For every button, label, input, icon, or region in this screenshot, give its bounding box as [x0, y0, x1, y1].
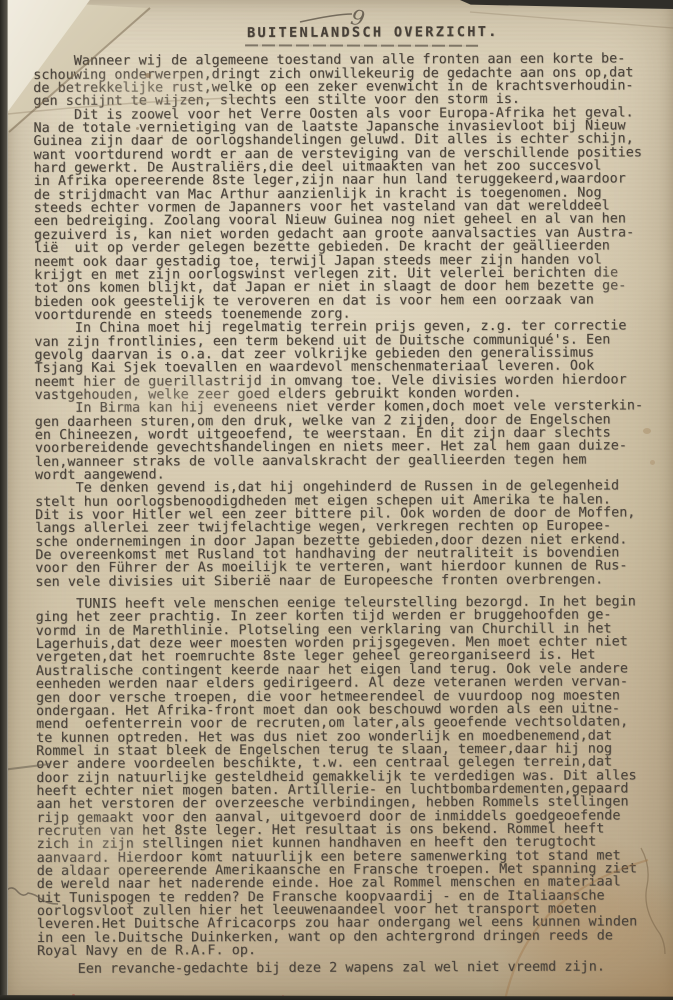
paragraph-2: Dit is zoowel voor het Verre Oosten als …: [33, 106, 660, 322]
faded-patch: [26, 368, 336, 426]
faded-patch: [588, 226, 673, 316]
foxing-spot: [650, 460, 655, 465]
foxing-spot: [161, 135, 163, 137]
paragraph-6: TUNIS heeft vele menschen eenige teleurs…: [35, 595, 663, 958]
scan-edge-left: [0, 0, 8, 1000]
paragraph-5: Te denken gevend is,dat hij ongehinderd …: [35, 480, 661, 589]
foxing-spot: [643, 428, 651, 434]
foxing-spot: [145, 73, 151, 78]
paragraph-7: Een revanche-gedachte bij deze 2 wapens …: [37, 961, 663, 977]
faded-patch: [24, 798, 174, 888]
title-underline: [245, 45, 478, 47]
page-title: BUITENLANDSCH OVERZICHT.: [247, 25, 659, 40]
faded-patch: [38, 58, 258, 120]
scanned-page: BUITENLANDSCH OVERZICHT. Wanneer wij de …: [0, 0, 673, 1000]
foxing-spot: [136, 127, 139, 130]
